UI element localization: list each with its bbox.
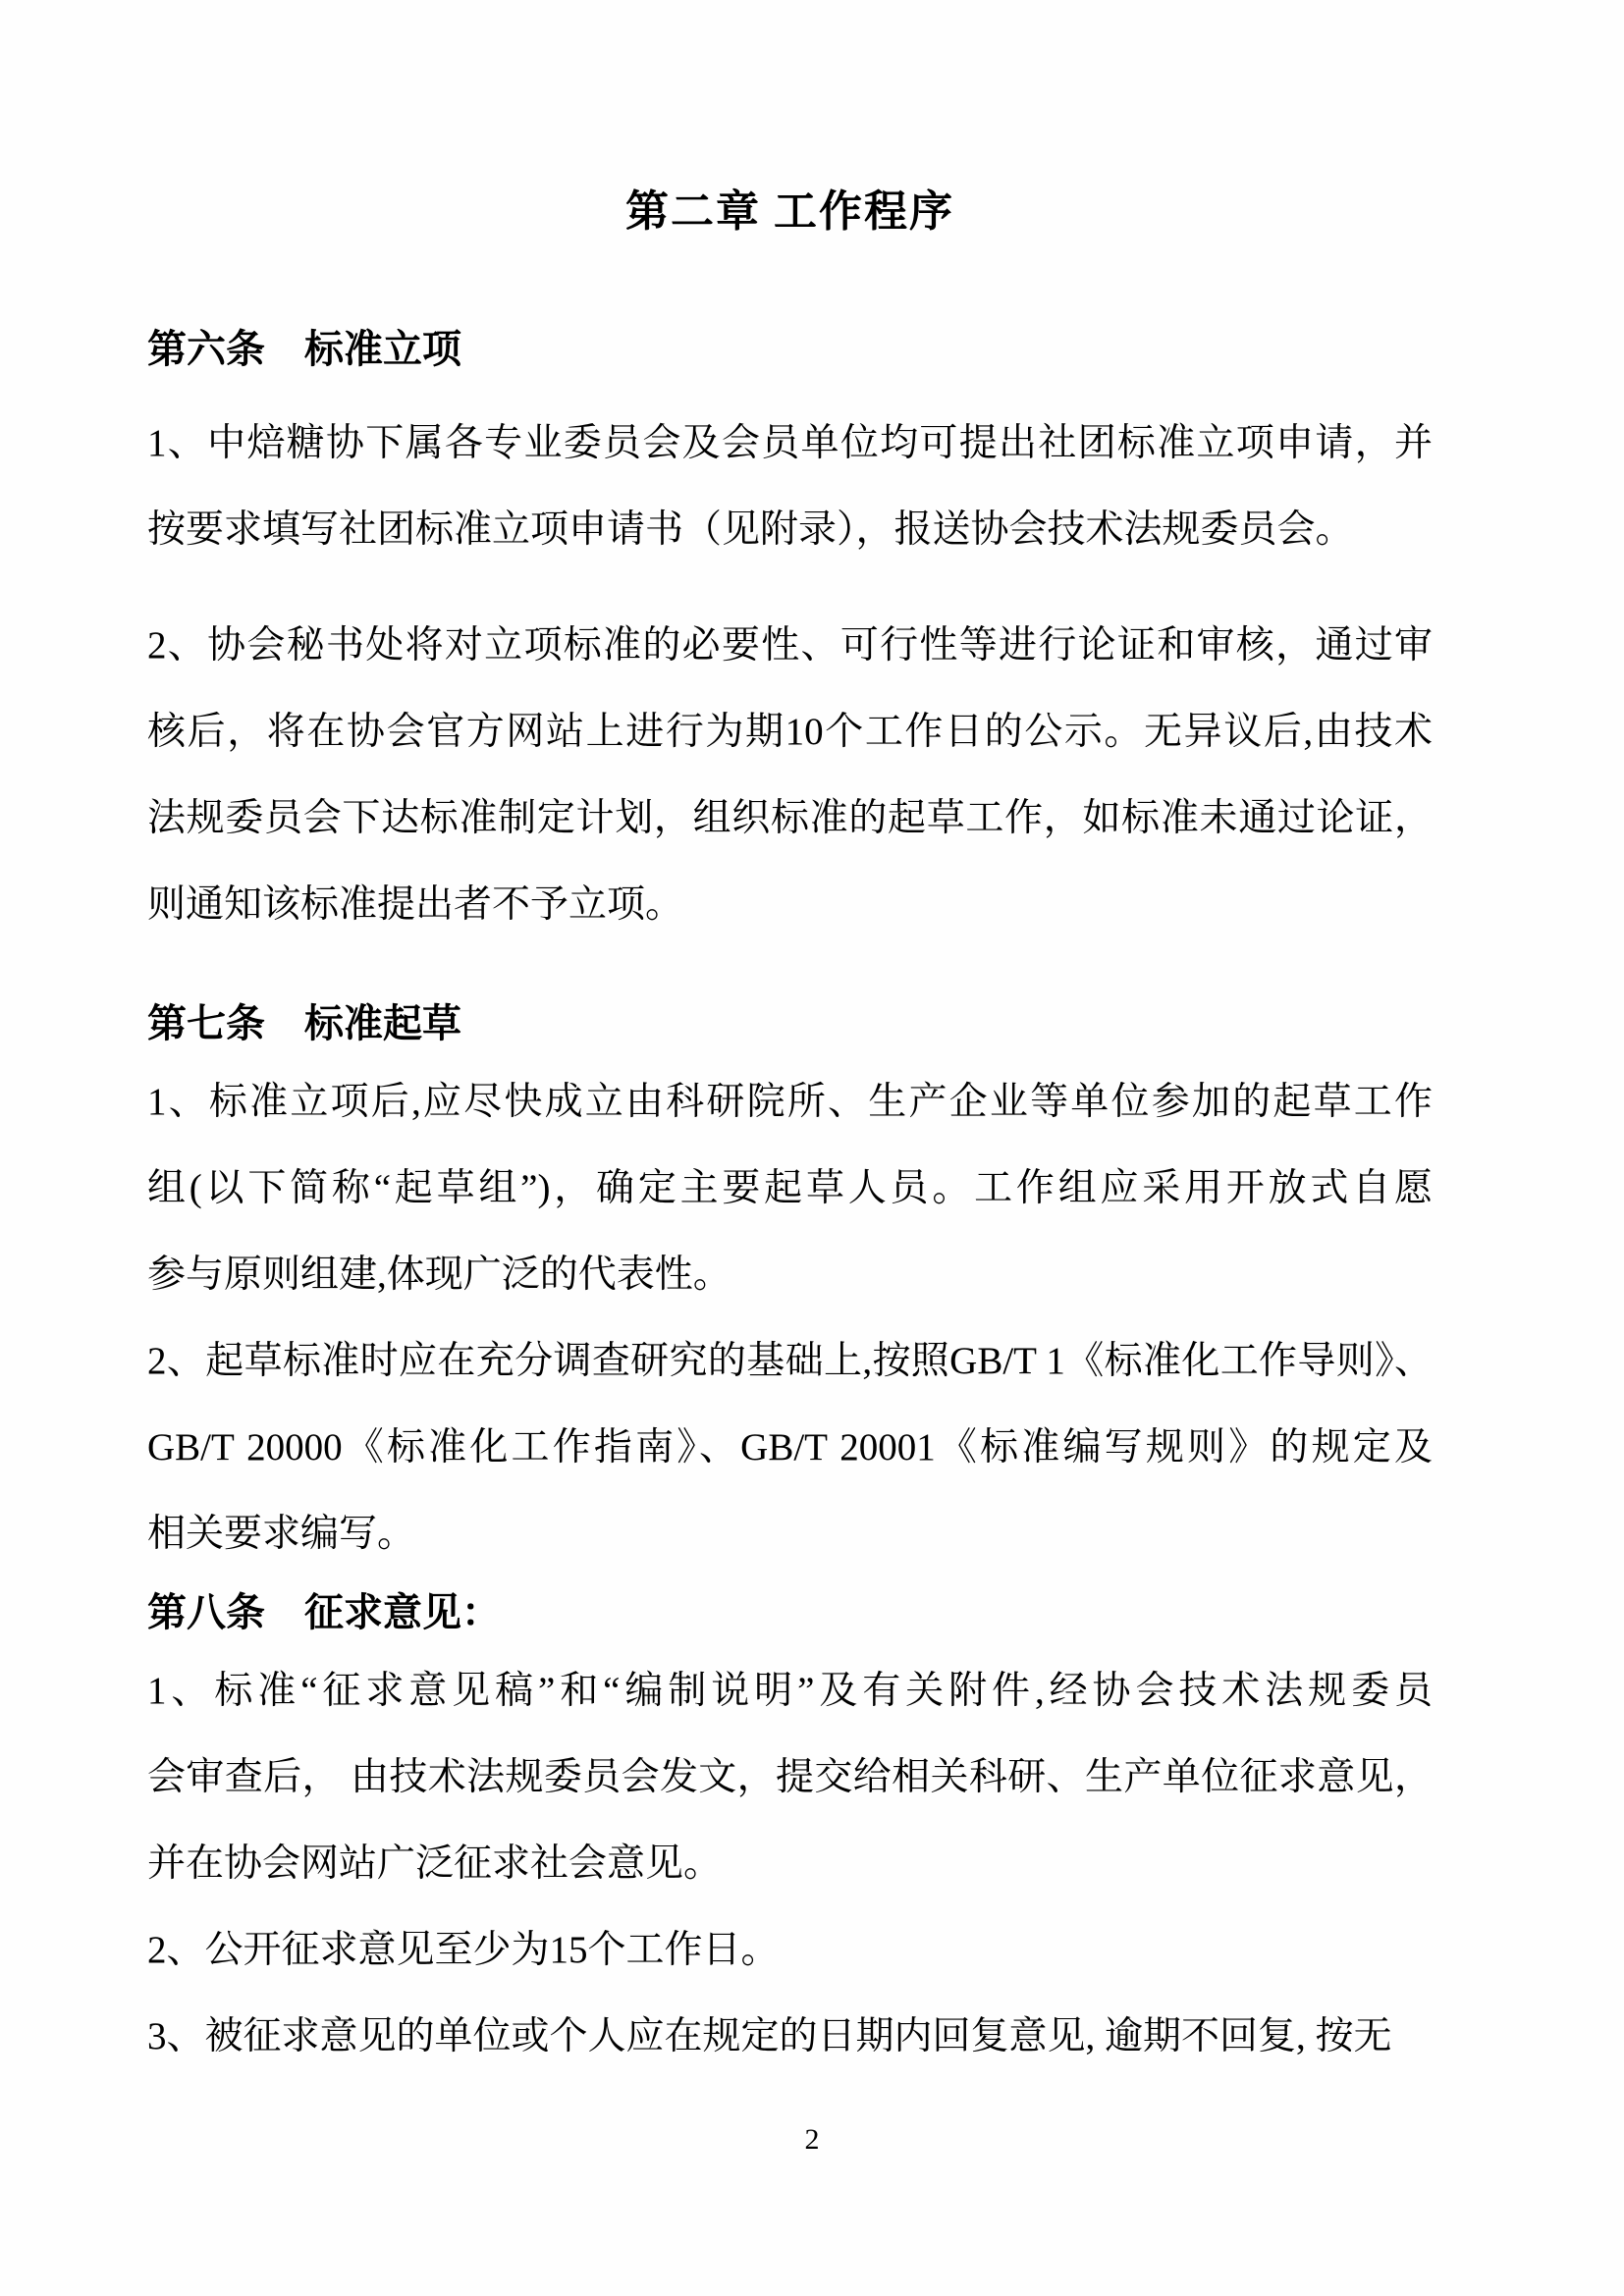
text-line: 1、中焙糖协下属各专业委员会及会员单位均可提出社团标准立项申请，并 <box>147 400 1433 487</box>
document-content: 第二章 工作程序 第六条 标准立项1、中焙糖协下属各专业委员会及会员单位均可提出… <box>147 182 1433 2080</box>
text-line: GB/T 20000《标准化工作指南》、GB/T 20001《标准编写规则》的规… <box>147 1405 1433 1491</box>
article-heading: 第七条 标准起草 <box>147 1000 1433 1047</box>
text-line: 3、被征求意见的单位或个人应在规定的日期内回复意见, 逾期不回复, 按无 <box>147 1994 1433 2080</box>
text-line: 1、标准“征求意见稿”和“编制说明”及有关附件,经协会技术法规委员 <box>147 1648 1433 1735</box>
paragraph: 1、标准立项后,应尽快成立由科研院所、生产企业等单位参加的起草工作组(以下简称“… <box>147 1059 1433 1318</box>
paragraph: 2、公开征求意见至少为15个工作日。 <box>147 1907 1433 1994</box>
text-line: 相关要求编写。 <box>147 1491 1433 1577</box>
text-line: 则通知该标准提出者不予立项。 <box>147 862 1433 948</box>
paragraph: 3、被征求意见的单位或个人应在规定的日期内回复意见, 逾期不回复, 按无 <box>147 1994 1433 2080</box>
paragraph: 1、标准“征求意见稿”和“编制说明”及有关附件,经协会技术法规委员会审查后， 由… <box>147 1648 1433 1907</box>
article-section: 第七条 标准起草1、标准立项后,应尽快成立由科研院所、生产企业等单位参加的起草工… <box>147 1000 1433 1577</box>
paragraph: 2、起草标准时应在充分调查研究的基础上,按照GB/T 1《标准化工作导则》、GB… <box>147 1318 1433 1577</box>
paragraph: 2、协会秘书处将对立项标准的必要性、可行性等进行论证和审核，通过审核后，将在协会… <box>147 603 1433 948</box>
sections-container: 第六条 标准立项1、中焙糖协下属各专业委员会及会员单位均可提出社团标准立项申请，… <box>147 282 1433 2080</box>
text-line: 并在协会网站广泛征求社会意见。 <box>147 1821 1433 1907</box>
article-heading: 第八条 征求意见： <box>147 1589 1433 1636</box>
paragraph: 1、中焙糖协下属各专业委员会及会员单位均可提出社团标准立项申请，并按要求填写社团… <box>147 400 1433 573</box>
text-line: 核后，将在协会官方网站上进行为期10个工作日的公示。无异议后,由技术 <box>147 689 1433 775</box>
chapter-title: 第二章 工作程序 <box>147 182 1433 242</box>
text-line: 参与原则组建,体现广泛的代表性。 <box>147 1232 1433 1318</box>
text-line: 2、公开征求意见至少为15个工作日。 <box>147 1907 1433 1994</box>
article-section: 第八条 征求意见：1、标准“征求意见稿”和“编制说明”及有关附件,经协会技术法规… <box>147 1589 1433 2080</box>
text-line: 2、协会秘书处将对立项标准的必要性、可行性等进行论证和审核，通过审 <box>147 603 1433 689</box>
text-line: 2、起草标准时应在充分调查研究的基础上,按照GB/T 1《标准化工作导则》、 <box>147 1318 1433 1405</box>
article-section: 第六条 标准立项1、中焙糖协下属各专业委员会及会员单位均可提出社团标准立项申请，… <box>147 326 1433 948</box>
text-line: 1、标准立项后,应尽快成立由科研院所、生产企业等单位参加的起草工作 <box>147 1059 1433 1146</box>
text-line: 会审查后， 由技术法规委员会发文，提交给相关科研、生产单位征求意见， <box>147 1735 1433 1821</box>
page-number: 2 <box>0 2120 1624 2160</box>
text-line: 组(以下简称“起草组”)，确定主要起草人员。工作组应采用开放式自愿 <box>147 1146 1433 1232</box>
document-page: 第二章 工作程序 第六条 标准立项1、中焙糖协下属各专业委员会及会员单位均可提出… <box>0 0 1624 2296</box>
article-heading: 第六条 标准立项 <box>147 326 1433 373</box>
text-line: 按要求填写社团标准立项申请书（见附录），报送协会技术法规委员会。 <box>147 487 1433 573</box>
text-line: 法规委员会下达标准制定计划，组织标准的起草工作，如标准未通过论证， <box>147 775 1433 862</box>
